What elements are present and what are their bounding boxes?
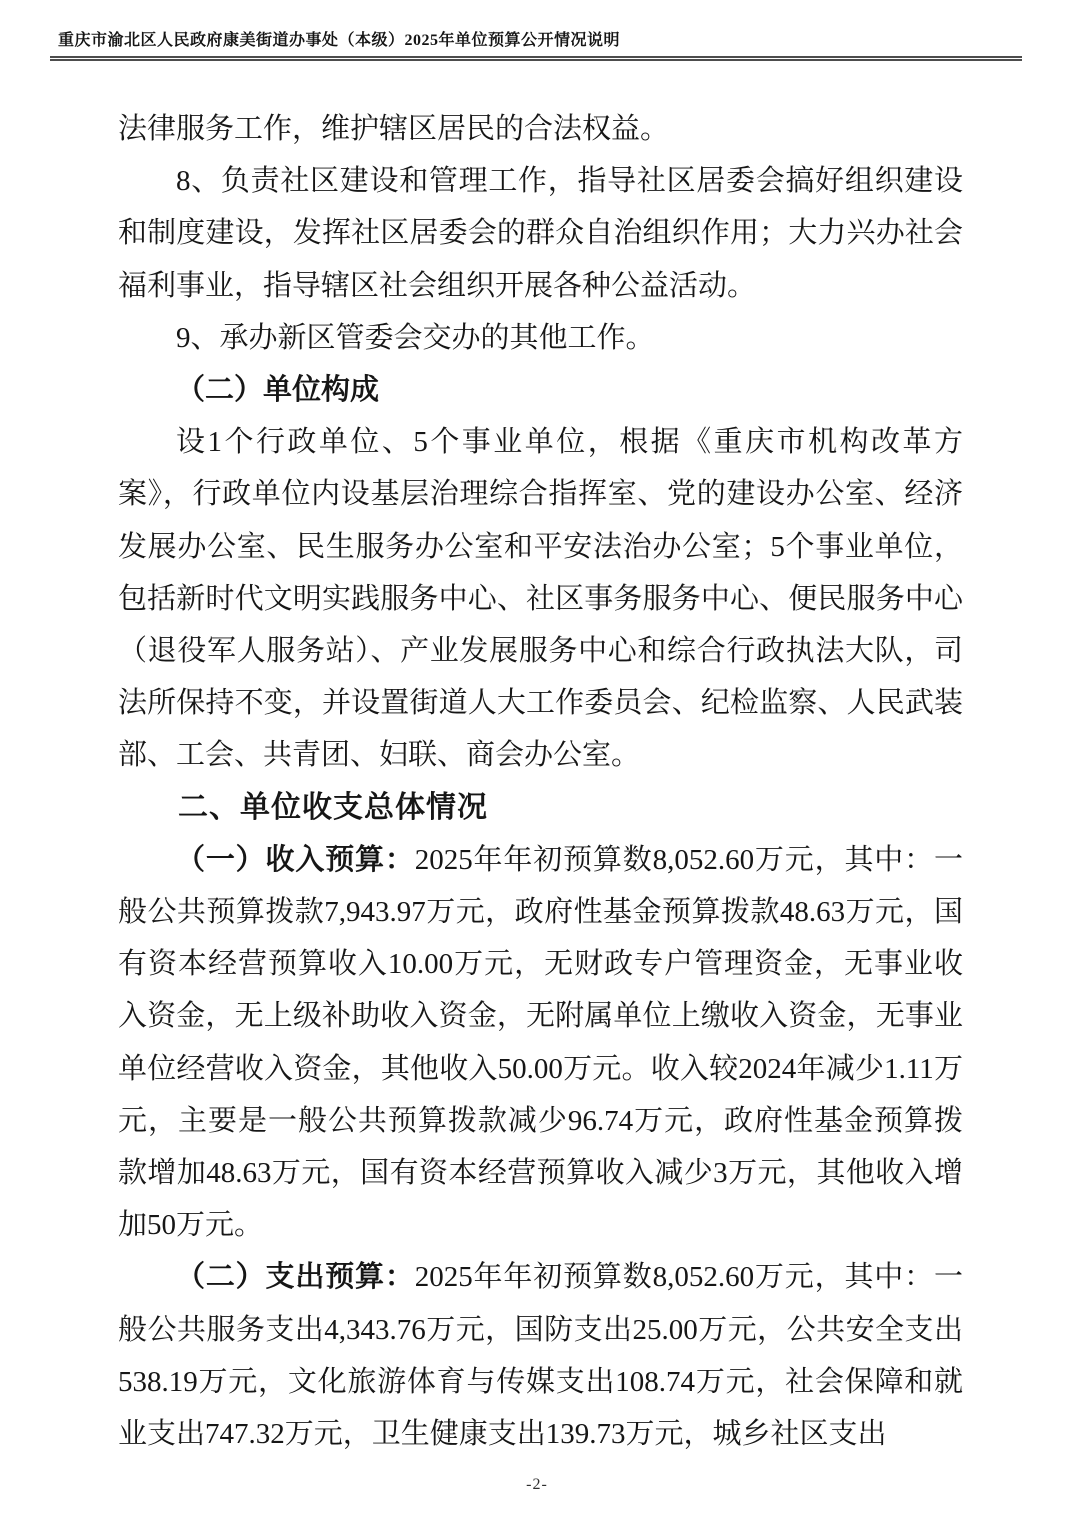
para-continuation-legal-services: 法律服务工作，维护辖区居民的合法权益。 [118, 103, 963, 155]
document-page: 重庆市渝北区人民政府康美街道办事处（本级）2025年单位预算公开情况说明 法律服… [0, 0, 1074, 1520]
heading-revenue-expenditure-overview: 二、单位收支总体情况 [118, 782, 963, 834]
page-footer: -2- [0, 1476, 1074, 1494]
para-unit-composition: 设1个行政单位、5个事业单位，根据《重庆市机构改革方案》，行政单位内设基层治理综… [118, 416, 963, 781]
para-expenditure-budget: （二）支出预算：2025年年初预算数8,052.60万元，其中：一般公共服务支出… [118, 1251, 963, 1460]
para-revenue-budget: （一）收入预算：2025年年初预算数8,052.60万元，其中：一般公共预算拨款… [118, 834, 963, 1252]
para-duty-item-8: 8、负责社区建设和管理工作，指导社区居委会搞好组织建设和制度建设，发挥社区居委会… [118, 155, 963, 312]
para-revenue-budget-lead: （一）收入预算： [176, 844, 415, 876]
page-header-title: 重庆市渝北区人民政府康美街道办事处（本级）2025年单位预算公开情况说明 [50, 27, 1022, 50]
heading-unit-composition: （二）单位构成 [118, 364, 963, 416]
page-number: -2- [526, 1476, 548, 1493]
document-body: 法律服务工作，维护辖区居民的合法权益。8、负责社区建设和管理工作，指导社区居委会… [118, 103, 963, 1460]
para-expenditure-budget-lead: （二）支出预算： [176, 1261, 415, 1293]
page-header: 重庆市渝北区人民政府康美街道办事处（本级）2025年单位预算公开情况说明 [50, 27, 1022, 61]
para-duty-item-9: 9、承办新区管委会交办的其他工作。 [118, 312, 963, 364]
